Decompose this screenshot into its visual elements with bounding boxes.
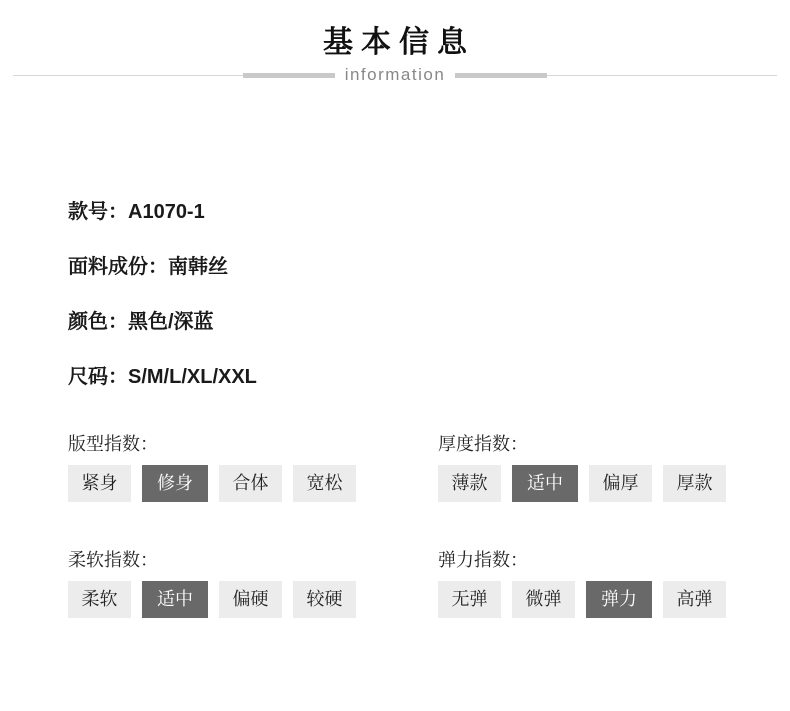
option-chip[interactable]: 薄款 xyxy=(438,465,501,502)
divider-line-left xyxy=(13,75,243,76)
index-group-thickness: 厚度指数： 薄款 适中 偏厚 厚款 xyxy=(438,433,726,502)
detail-row-fabric: 面料成份：南韩丝 xyxy=(68,255,257,279)
header-subtitle: information xyxy=(335,66,456,84)
option-chip[interactable]: 无弹 xyxy=(438,581,501,618)
chip-row: 无弹 微弹 弹力 高弹 xyxy=(438,581,726,618)
detail-value: 南韩丝 xyxy=(168,256,228,278)
index-label: 版型指数： xyxy=(68,433,438,455)
detail-row-style-number: 款号：A1070-1 xyxy=(68,200,257,224)
detail-label: 颜色： xyxy=(68,311,128,333)
option-chip[interactable]: 柔软 xyxy=(68,581,131,618)
option-chip[interactable]: 合体 xyxy=(219,465,282,502)
index-label: 弹力指数： xyxy=(438,549,726,571)
detail-label: 尺码： xyxy=(68,366,128,388)
detail-value: A1070-1 xyxy=(128,201,205,223)
divider-thick-right xyxy=(455,73,547,78)
option-chip[interactable]: 较硬 xyxy=(293,581,356,618)
divider-thick-left xyxy=(243,73,335,78)
option-chip[interactable]: 弹力 xyxy=(586,581,652,618)
index-group-softness: 柔软指数： 柔软 适中 偏硬 较硬 xyxy=(68,549,438,618)
option-chip[interactable]: 偏硬 xyxy=(219,581,282,618)
product-basic-info-section: 基本信息 information 款号：A1070-1 面料成份：南韩丝 颜色：… xyxy=(0,0,790,711)
detail-label: 面料成份： xyxy=(68,256,168,278)
header-divider: information xyxy=(13,66,777,84)
index-grid: 版型指数： 紧身 修身 合体 宽松 厚度指数： 薄款 适中 偏厚 厚款 柔软指数… xyxy=(68,433,726,618)
chip-row: 柔软 适中 偏硬 较硬 xyxy=(68,581,438,618)
detail-row-size: 尺码：S/M/L/XL/XXL xyxy=(68,365,257,389)
option-chip[interactable]: 适中 xyxy=(142,581,208,618)
option-chip[interactable]: 微弹 xyxy=(512,581,575,618)
index-group-fit: 版型指数： 紧身 修身 合体 宽松 xyxy=(68,433,438,502)
detail-row-color: 颜色：黑色/深蓝 xyxy=(68,310,257,334)
product-details: 款号：A1070-1 面料成份：南韩丝 颜色：黑色/深蓝 尺码：S/M/L/XL… xyxy=(68,200,257,420)
divider-line-right xyxy=(547,75,777,76)
detail-value: S/M/L/XL/XXL xyxy=(128,366,257,388)
option-chip[interactable]: 修身 xyxy=(142,465,208,502)
option-chip[interactable]: 高弹 xyxy=(663,581,726,618)
chip-row: 紧身 修身 合体 宽松 xyxy=(68,465,438,502)
detail-label: 款号： xyxy=(68,201,128,223)
index-label: 柔软指数： xyxy=(68,549,438,571)
page-title: 基本信息 xyxy=(0,24,790,62)
option-chip[interactable]: 偏厚 xyxy=(589,465,652,502)
option-chip[interactable]: 宽松 xyxy=(293,465,356,502)
index-group-elasticity: 弹力指数： 无弹 微弹 弹力 高弹 xyxy=(438,549,726,618)
option-chip[interactable]: 厚款 xyxy=(663,465,726,502)
option-chip[interactable]: 紧身 xyxy=(68,465,131,502)
detail-value: 黑色/深蓝 xyxy=(128,311,214,333)
index-label: 厚度指数： xyxy=(438,433,726,455)
chip-row: 薄款 适中 偏厚 厚款 xyxy=(438,465,726,502)
option-chip[interactable]: 适中 xyxy=(512,465,578,502)
